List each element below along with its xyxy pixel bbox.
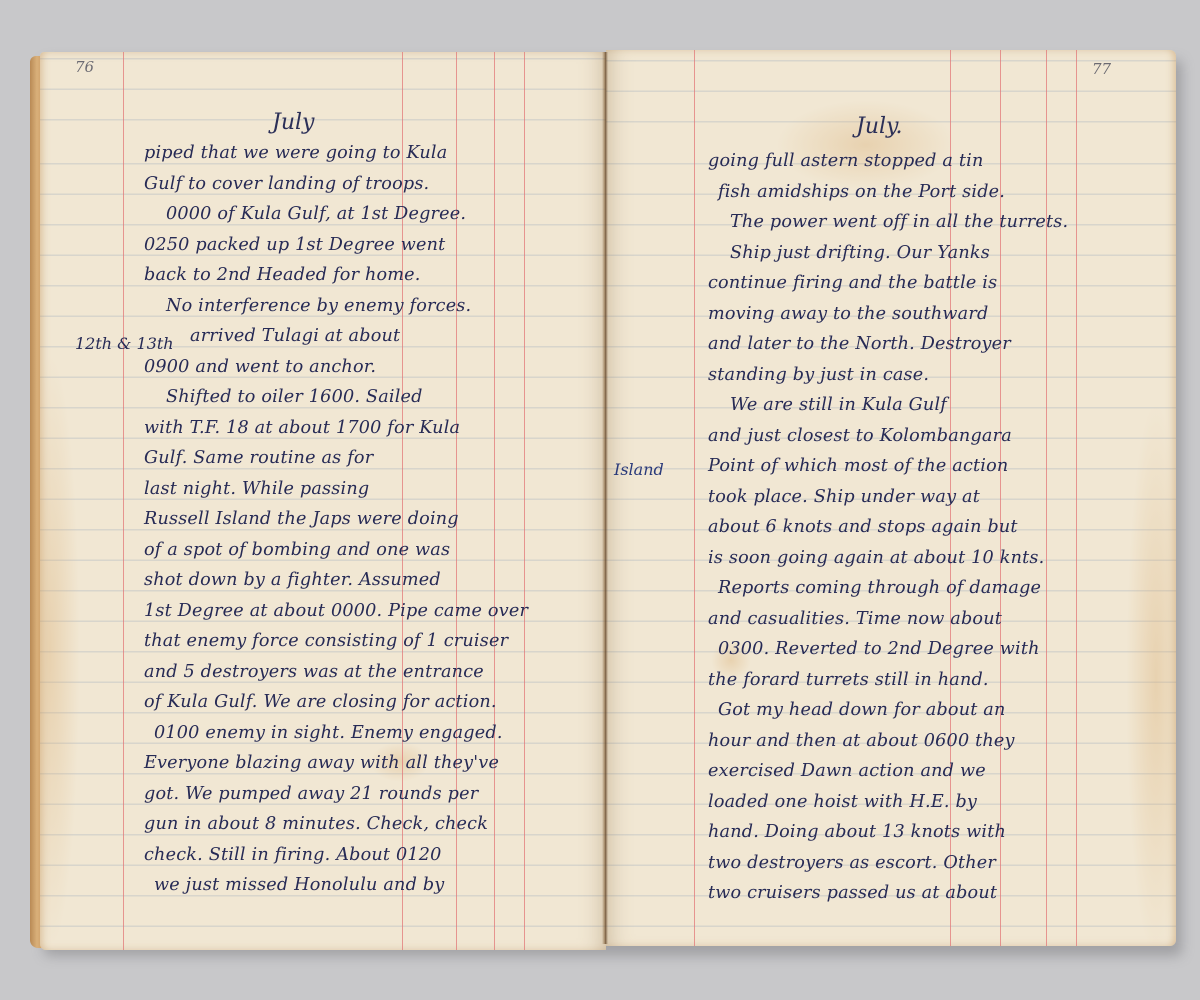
text-line: arrived Tulagi at about <box>144 321 528 352</box>
text-line: check. Still in firing. About 0120 <box>144 840 528 871</box>
text-line: Reports coming through of damage <box>708 573 1068 604</box>
text-line: The power went off in all the turrets. <box>708 207 1068 238</box>
text-line: shot down by a fighter. Assumed <box>144 565 528 596</box>
text-line: we just missed Honolulu and by <box>144 870 528 901</box>
margin-line <box>123 52 124 950</box>
text-line: Gulf. Same routine as for <box>144 443 528 474</box>
text-line: No interference by enemy forces. <box>144 291 528 322</box>
text-line: of a spot of bombing and one was <box>144 535 528 566</box>
text-line: 0100 enemy in sight. Enemy engaged. <box>144 718 528 749</box>
text-line: and 5 destroyers was at the entrance <box>144 657 528 688</box>
text-line: going full astern stopped a tin <box>708 146 1068 177</box>
text-line: back to 2nd Headed for home. <box>144 260 528 291</box>
notebook-spine <box>602 52 608 944</box>
text-line: took place. Ship under way at <box>708 482 1068 513</box>
text-line: hand. Doing about 13 knots with <box>708 817 1068 848</box>
text-line: 0300. Reverted to 2nd Degree with <box>708 634 1068 665</box>
text-line: and just closest to Kolombangara <box>708 421 1068 452</box>
paper-stain <box>1126 400 1176 946</box>
text-line: Point of which most of the action <box>708 451 1068 482</box>
text-line: about 6 knots and stops again but <box>708 512 1068 543</box>
text-line: Everyone blazing away with all they've <box>144 748 528 779</box>
text-line: with T.F. 18 at about 1700 for Kula <box>144 413 528 444</box>
text-line: 1st Degree at about 0000. Pipe came over <box>144 596 528 627</box>
text-line: got. We pumped away 21 rounds per <box>144 779 528 810</box>
margin-island-note: Island <box>614 460 664 479</box>
margin-line <box>694 50 695 946</box>
text-line: standing by just in case. <box>708 360 1068 391</box>
column-line <box>1076 50 1077 946</box>
text-line: fish amidships on the Port side. <box>708 177 1068 208</box>
text-line: We are still in Kula Gulf <box>708 390 1068 421</box>
diary-text-lines: going full astern stopped a tin fish ami… <box>708 146 1068 909</box>
text-line: and later to the North. Destroyer <box>708 329 1068 360</box>
text-line: Gulf to cover landing of troops. <box>144 169 528 200</box>
text-line: two cruisers passed us at about <box>708 878 1068 909</box>
month-heading: July. <box>856 114 903 139</box>
text-line: piped that we were going to Kula <box>144 138 528 169</box>
text-line: continue firing and the battle is <box>708 268 1068 299</box>
text-line: Shifted to oiler 1600. Sailed <box>144 382 528 413</box>
text-line: exercised Dawn action and we <box>708 756 1068 787</box>
text-line: loaded one hoist with H.E. by <box>708 787 1068 818</box>
text-line: moving away to the southward <box>708 299 1068 330</box>
text-line: hour and then at about 0600 they <box>708 726 1068 757</box>
text-line: 0000 of Kula Gulf, at 1st Degree. <box>144 199 528 230</box>
text-line: and casualities. Time now about <box>708 604 1068 635</box>
text-line: gun in about 8 minutes. Check, check <box>144 809 528 840</box>
text-line: that enemy force consisting of 1 cruiser <box>144 626 528 657</box>
paper-stain <box>40 352 80 950</box>
text-line: last night. While passing <box>144 474 528 505</box>
text-line: of Kula Gulf. We are closing for action. <box>144 687 528 718</box>
text-line: is soon going again at about 10 knts. <box>708 543 1068 574</box>
diary-text-lines: piped that we were going to Kula Gulf to… <box>144 138 528 901</box>
text-line: the forard turrets still in hand. <box>708 665 1068 696</box>
text-line: 0900 and went to anchor. <box>144 352 528 383</box>
text-line: two destroyers as escort. Other <box>708 848 1068 879</box>
left-page: 76 July 12th & 13th piped that we were g… <box>40 52 606 950</box>
text-line: Russell Island the Japs were doing <box>144 504 528 535</box>
page-number: 77 <box>1092 60 1111 78</box>
text-line: 0250 packed up 1st Degree went <box>144 230 528 261</box>
text-line: Ship just drifting. Our Yanks <box>708 238 1068 269</box>
text-line: Got my head down for about an <box>708 695 1068 726</box>
month-heading: July <box>272 110 314 135</box>
right-page: 77 July. Island going full astern stoppe… <box>606 50 1176 946</box>
page-number: 76 <box>75 58 94 76</box>
